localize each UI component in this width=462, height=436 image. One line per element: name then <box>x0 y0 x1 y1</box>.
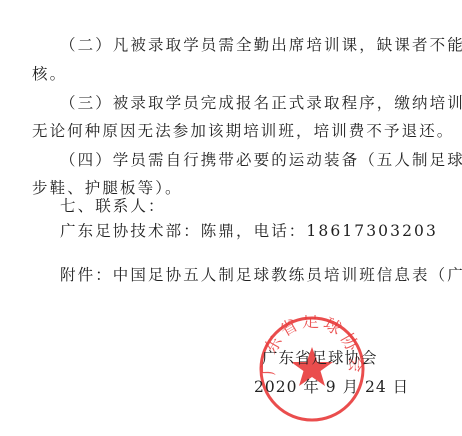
paragraph-line: 步鞋、护腿板等）。 <box>32 179 183 197</box>
paragraph-line: 无论何种原因无法参加该期培训班，培训费不予退还。 <box>32 122 454 140</box>
official-seal-icon: 广东省足球协会 <box>258 315 366 423</box>
signature-organization: 广东省足球协会 <box>262 346 378 368</box>
attachment-note: 附件：中国足协五人制足球教练员培训班信息表（广东） <box>60 266 462 284</box>
paragraph-line: （四）学员需自行携带必要的运动装备（五人制足球鞋、跑 <box>60 151 462 169</box>
paragraph-line: （三）被录取学员完成报名正式录取程序，缴纳培训费后， <box>60 94 462 112</box>
contact-info: 广东足协技术部：陈鼎，电话：18617303203 <box>60 222 438 240</box>
paragraph-line: 核。 <box>32 65 67 83</box>
section-heading-contact: 七、联系人： <box>60 197 166 215</box>
signature-date: 2020 年 9 月 24 日 <box>254 375 409 397</box>
paragraph-line: （二）凡被录取学员需全勤出席培训课，缺课者不能参加考 <box>60 36 462 54</box>
